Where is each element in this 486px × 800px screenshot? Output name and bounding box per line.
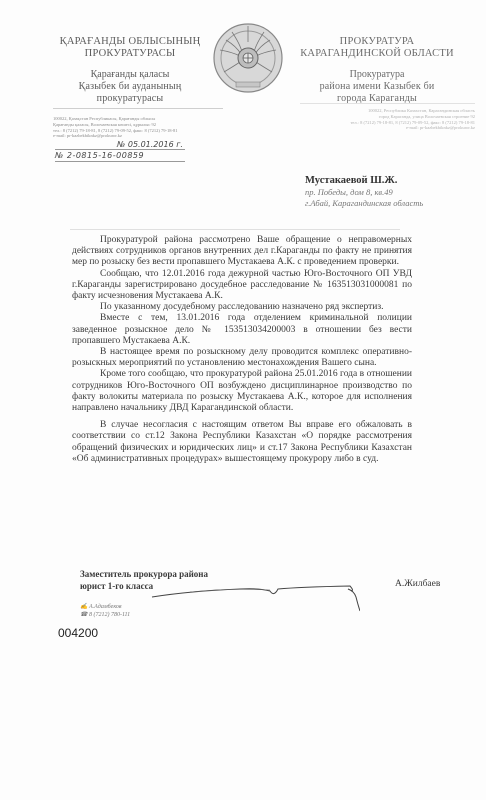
registration-date: № 05.01.2016 г. (117, 140, 183, 149)
letter-page: ҚАРАҒАНДЫ ОБЛЫСЫНЫҢ ПРОКУРАТУРАСЫ Қараға… (0, 0, 486, 800)
header-right-sub-2: района имени Казыбек би (282, 81, 472, 93)
address-left-line-4: e-mail: pr-kazbekbiknkz@prokuror.kz (53, 133, 223, 139)
body-top-divider (70, 229, 400, 230)
body-paragraph-2: Сообщаю, что 12.01.2016 года дежурной ча… (72, 269, 412, 303)
body-paragraph-1: Прокуратурой района рассмотрено Ваше обр… (72, 235, 412, 269)
header-left-sub-1: Қарағанды қаласы (50, 69, 210, 81)
address-right-line-4: e-mail: pr-kazbekbiknkz@prokuror.kz (300, 125, 475, 131)
header-left-title-1: ҚАРАҒАНДЫ ОБЛЫСЫНЫҢ (50, 36, 210, 48)
document-number: 004200 (58, 626, 98, 640)
header-right-title-1: ПРОКУРАТУРА (282, 36, 472, 48)
recipient-address-2: г.Абай, Карагандинская область (305, 198, 423, 209)
header-right-divider (300, 103, 475, 104)
header-left-sub-3: прокуратурасы (50, 93, 210, 105)
handwritten-signature-icon (150, 583, 360, 613)
header-left-title-2: ПРОКУРАТУРАСЫ (50, 48, 210, 60)
registration-number: № 2-0815-16-00859 (55, 151, 144, 160)
header-russian: ПРОКУРАТУРА КАРАГАНДИНСКОЙ ОБЛАСТИ Проку… (282, 36, 472, 105)
header-left-sub-2: Қазыбек би ауданының (50, 81, 210, 93)
body-paragraph-5: В настоящее время по розыскному делу про… (72, 347, 412, 369)
address-russian: 100022, Республика Казахстан, Карагандин… (300, 108, 475, 131)
state-emblem-icon (212, 22, 284, 94)
header-left-divider (53, 108, 223, 109)
recipient-address-1: пр. Победы, дом 8, кв.49 (305, 187, 423, 198)
header-right-sub-1: Прокуратура (282, 69, 472, 81)
recipient-name: Мустакаевой Ш.Ж. (305, 174, 423, 187)
registration-number-underline (55, 161, 185, 162)
header-right-title-2: КАРАГАНДИНСКОЙ ОБЛАСТИ (282, 48, 472, 60)
body-paragraph-3: По указанному досудебному расследованию … (72, 302, 412, 313)
address-kazakh: 100022, Қазақстан Республикасы, Қарағанд… (53, 116, 223, 139)
signatory-name: А.Жилбаев (395, 579, 440, 589)
recipient-block: Мустакаевой Ш.Ж. пр. Победы, дом 8, кв.4… (305, 174, 423, 209)
body-paragraph-4: Вместе с тем, 13.01.2016 года отделением… (72, 313, 412, 347)
registration-date-underline (55, 149, 185, 150)
signatory-position-1: Заместитель прокурора района (80, 568, 208, 580)
executor-phone: ☎ 8 (7212) 780-111 (80, 611, 130, 619)
body-paragraph-7: В случае несогласия с настоящим ответом … (72, 420, 412, 465)
executor-name: ✍ А.Адамбеков (80, 603, 130, 611)
header-kazakh: ҚАРАҒАНДЫ ОБЛЫСЫНЫҢ ПРОКУРАТУРАСЫ Қараға… (50, 36, 210, 105)
executor-block: ✍ А.Адамбеков ☎ 8 (7212) 780-111 (80, 603, 130, 619)
letter-body: Прокуратурой района рассмотрено Ваше обр… (72, 235, 412, 465)
body-paragraph-6: Кроме того сообщаю, что прокуратурой рай… (72, 369, 412, 414)
